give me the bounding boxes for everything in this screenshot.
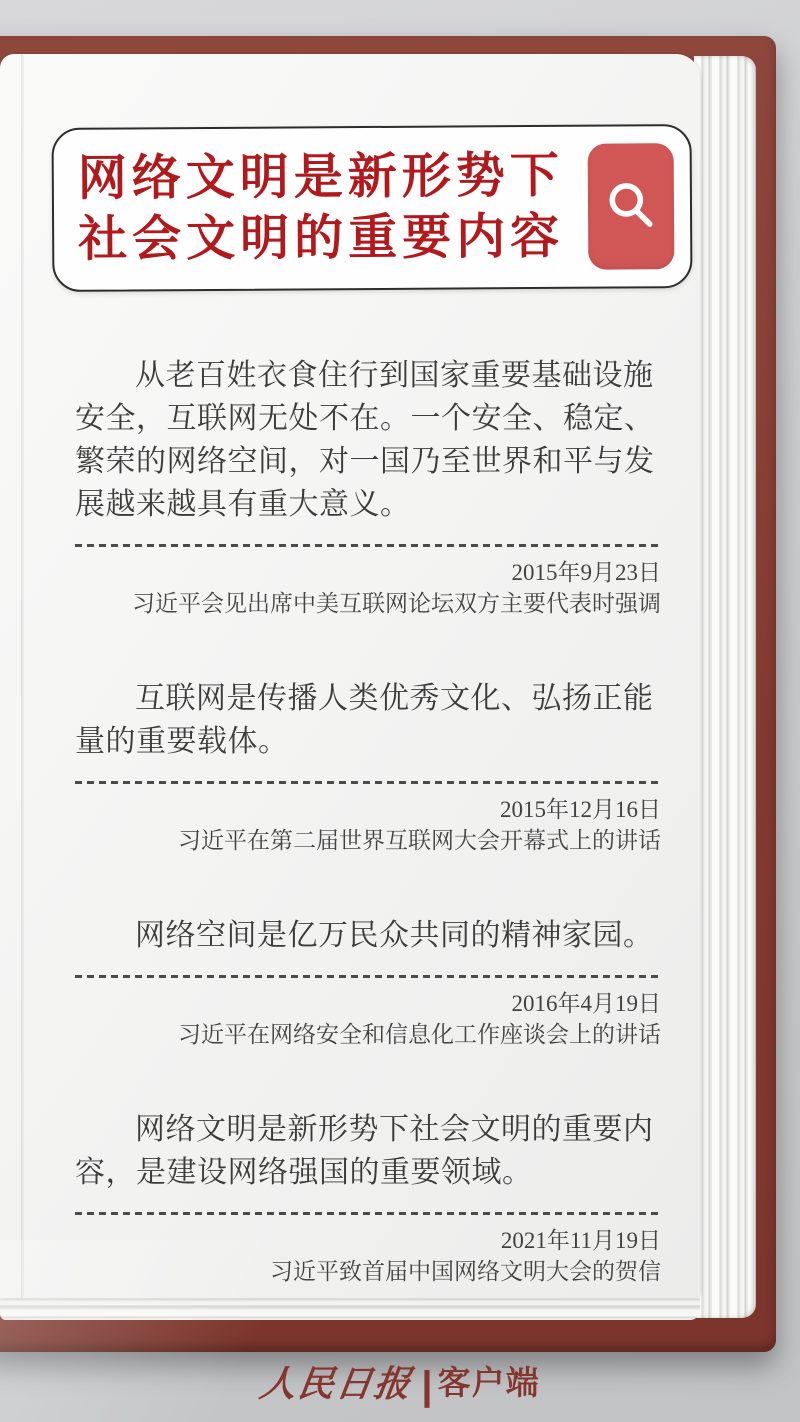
quote-block-3: 网络空间是亿万民众共同的精神家园。 2016年4月19日 习近平在网络安全和信息… <box>75 914 661 1050</box>
quote-attribution: 2015年12月16日 习近平在第二届世界互联网大会开幕式上的讲话 <box>75 794 661 856</box>
quote-text: 网络空间是亿万民众共同的精神家园。 <box>75 914 661 957</box>
page-title: 网络文明是新形势下 社会文明的重要内容 <box>78 146 565 271</box>
quote-attribution: 2016年4月19日 习近平在网络安全和信息化工作座谈会上的讲话 <box>75 988 661 1050</box>
quotes-list: 从老百姓衣食住行到国家重要基础设施安全，互联网无处不在。一个安全、稳定、繁荣的网… <box>75 354 661 1345</box>
quote-date: 2016年4月19日 <box>75 988 661 1019</box>
page-edge-stack-right <box>694 56 756 1318</box>
brand-people-daily: 人民日报 <box>258 1364 416 1404</box>
quote-block-2: 互联网是传播人类优秀文化、弘扬正能量的重要载体。 2015年12月16日 习近平… <box>75 677 661 856</box>
page-title-line1: 网络文明是新形势下 <box>78 146 564 210</box>
brand-divider: | <box>421 1366 432 1406</box>
dashed-divider <box>75 1212 661 1215</box>
quote-date: 2015年12月16日 <box>75 794 661 825</box>
title-box: 网络文明是新形势下 社会文明的重要内容 <box>52 124 693 292</box>
quote-block-1: 从老百姓衣食住行到国家重要基础设施安全，互联网无处不在。一个安全、稳定、繁荣的网… <box>75 354 661 619</box>
quote-source: 习近平在第二届世界互联网大会开幕式上的讲话 <box>75 825 661 856</box>
quote-source: 习近平在网络安全和信息化工作座谈会上的讲话 <box>75 1019 661 1050</box>
quote-attribution: 2021年11月19日 习近平致首届中国网络文明大会的贺信 <box>75 1225 661 1287</box>
quote-text: 互联网是传播人类优秀文化、弘扬正能量的重要载体。 <box>75 677 661 763</box>
quote-text: 从老百姓衣食住行到国家重要基础设施安全，互联网无处不在。一个安全、稳定、繁荣的网… <box>75 354 661 526</box>
page-title-line2: 社会文明的重要内容 <box>78 207 564 271</box>
quote-attribution: 2015年9月23日 习近平会见出席中美互联网论坛双方主要代表时强调 <box>75 557 661 619</box>
quote-date: 2021年11月19日 <box>75 1225 661 1256</box>
footer-logo: 人民日报|客户端 <box>0 1363 800 1406</box>
search-icon <box>603 178 659 234</box>
page-seam <box>21 54 24 1298</box>
poster: 网络文明是新形势下 社会文明的重要内容 从老百姓衣食住行到国家重要基础设施安全，… <box>0 0 800 1422</box>
quote-text: 网络文明是新形势下社会文明的重要内容，是建设网络强国的重要领域。 <box>75 1108 661 1194</box>
quote-source: 习近平致首届中国网络文明大会的贺信 <box>75 1256 661 1287</box>
quote-source: 习近平会见出席中美互联网论坛双方主要代表时强调 <box>75 588 661 619</box>
dashed-divider <box>75 544 661 547</box>
dashed-divider <box>75 781 661 784</box>
dashed-divider <box>75 975 661 978</box>
quote-date: 2015年9月23日 <box>75 557 661 588</box>
brand-client-label: 客户端 <box>438 1363 540 1403</box>
search-button[interactable] <box>588 143 675 270</box>
quote-block-4: 网络文明是新形势下社会文明的重要内容，是建设网络强国的重要领域。 2021年11… <box>75 1108 661 1287</box>
